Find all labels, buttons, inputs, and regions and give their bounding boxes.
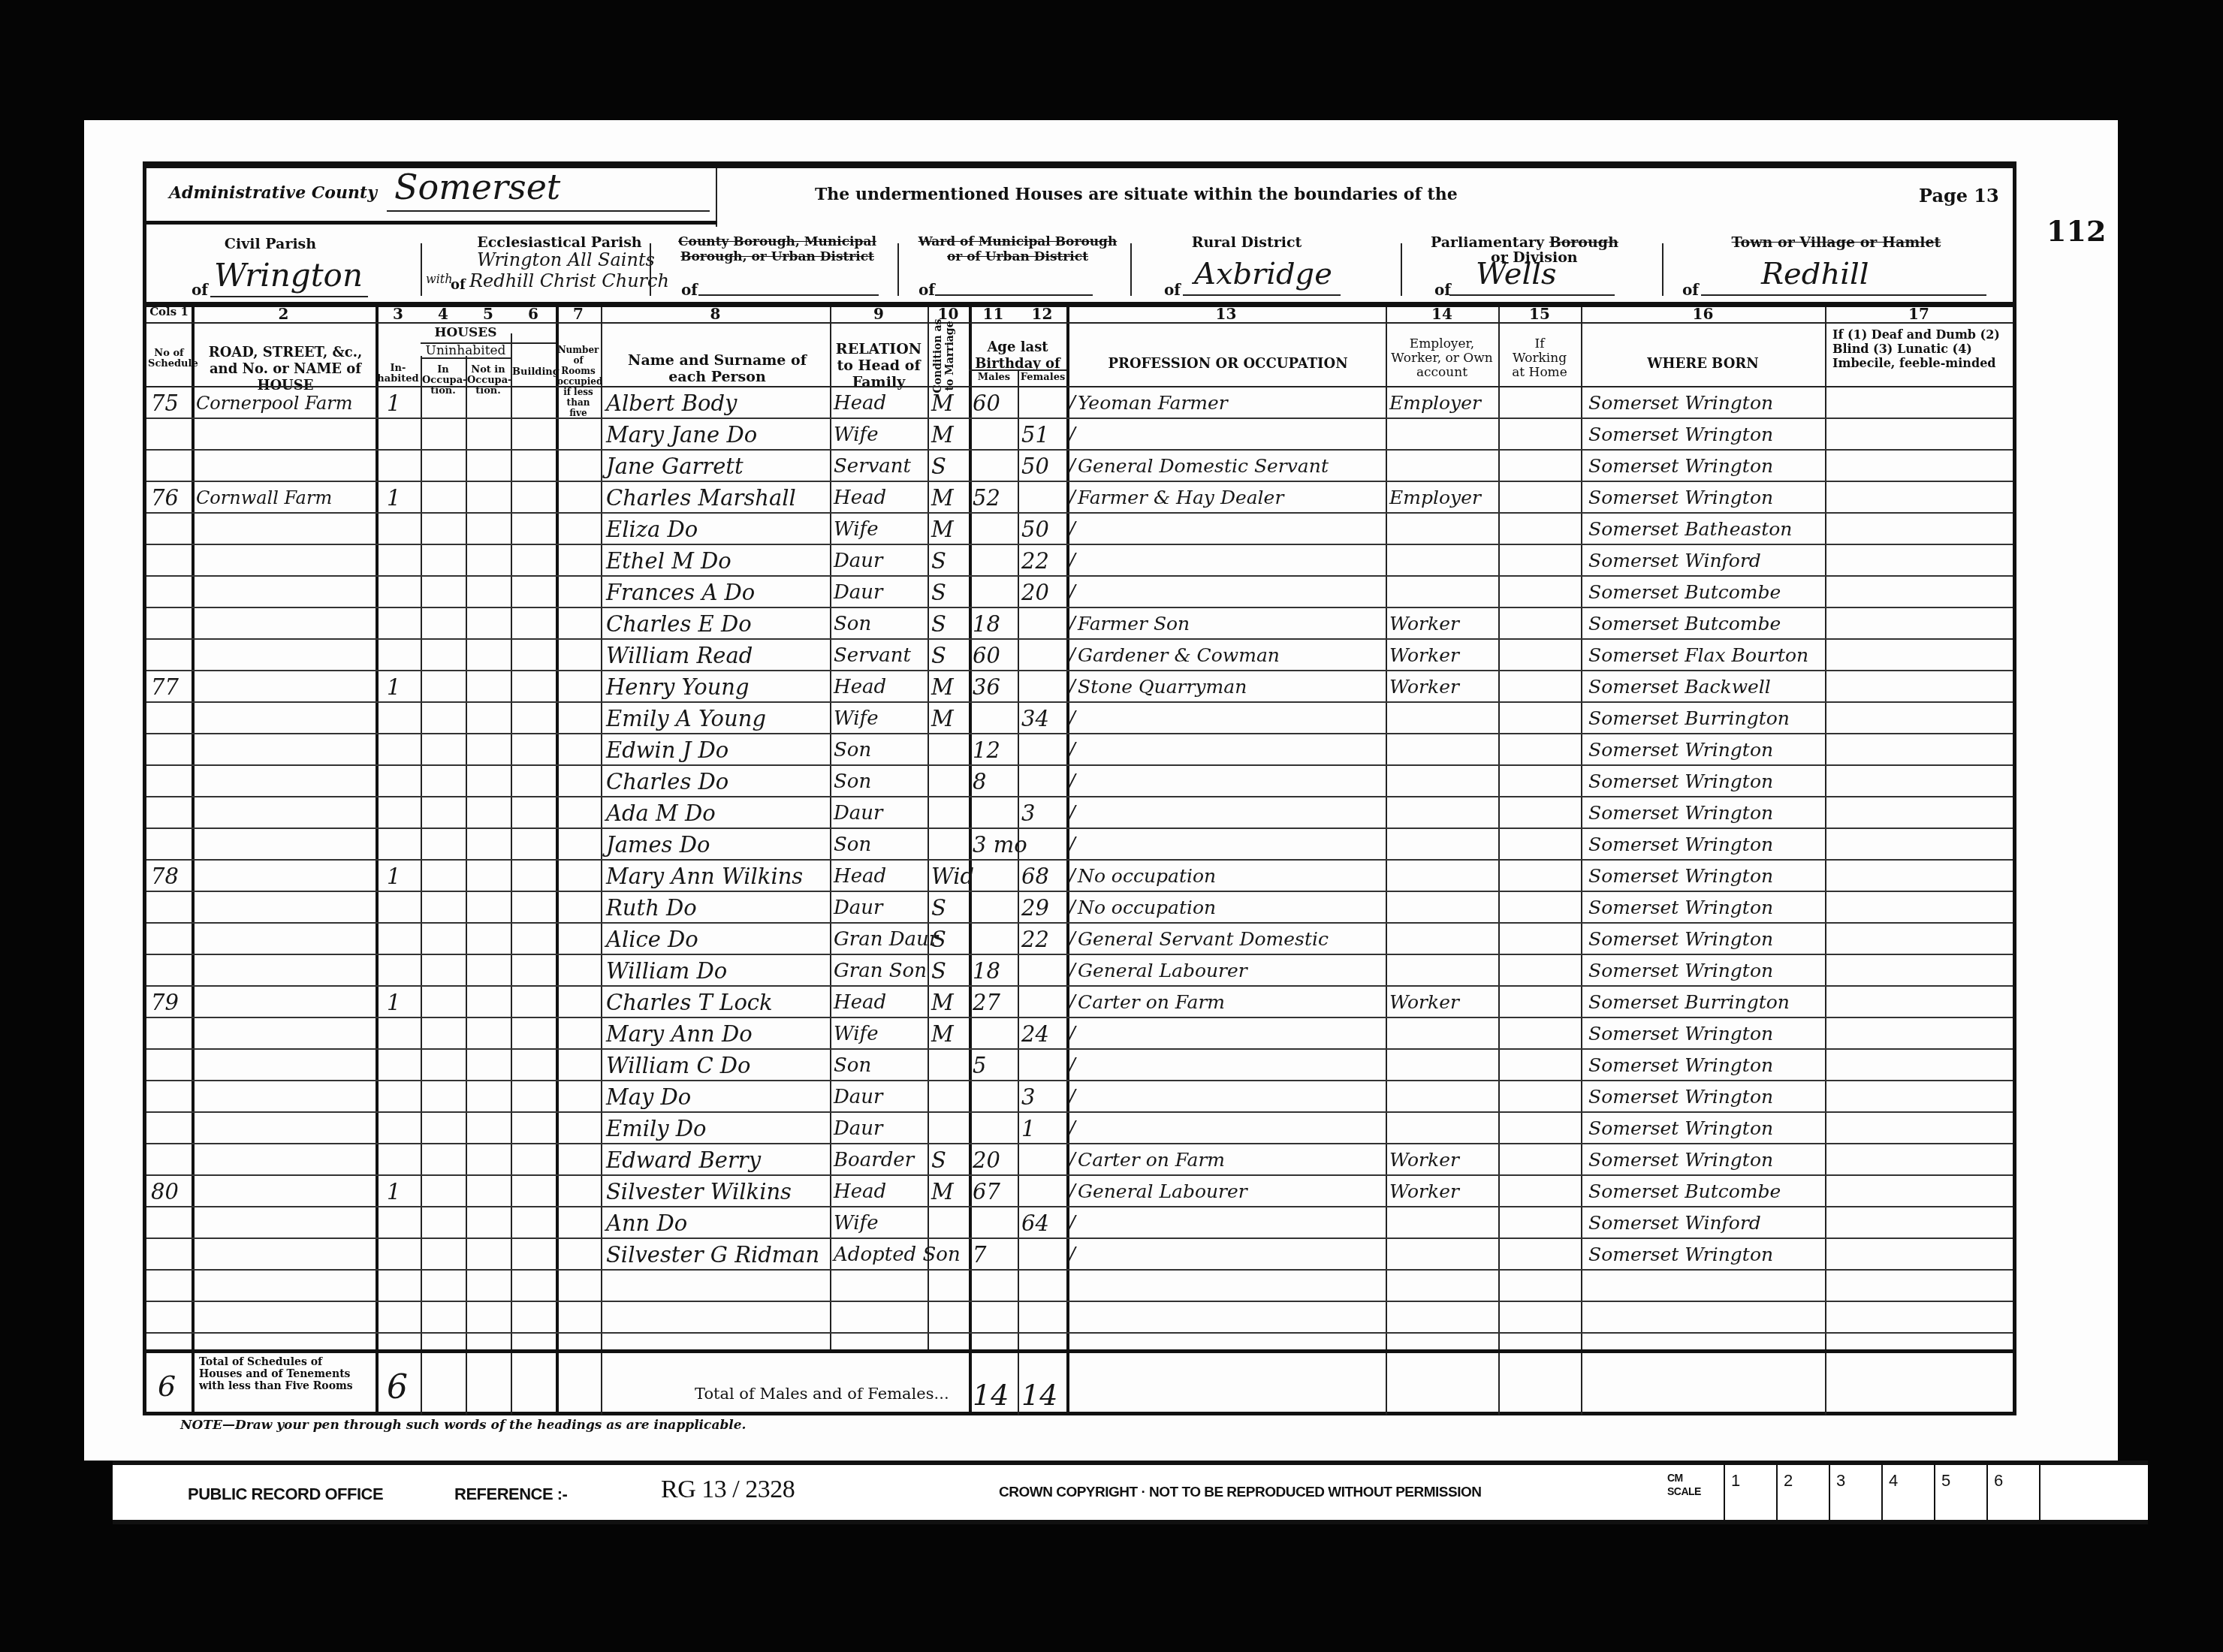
cell-name: Eliza Do [606, 516, 828, 543]
cell-occupation: General Labourer [1078, 1178, 1386, 1205]
cell-born: Somerset Wrington [1588, 453, 1825, 480]
cell-condition: S [931, 547, 967, 574]
cell-condition: M [931, 390, 967, 417]
cell-born: Somerset Wrington [1588, 1147, 1825, 1174]
cell-born: Somerset Butcombe [1588, 579, 1825, 606]
cell-name: William C Do [606, 1052, 828, 1079]
cell-occupation: Gardener & Cowman [1078, 642, 1386, 669]
cell-occupation: General Servant Domestic [1078, 926, 1386, 953]
row-divider [146, 796, 2013, 797]
cell-age-m: 36 [973, 674, 1018, 701]
county-borough-label: County Borough, Municipal Borough, or Ur… [665, 234, 890, 264]
cell-relation: Head [834, 863, 925, 890]
tally-tick-icon: / [1069, 610, 1075, 638]
cm-scale-mark: 1 [1724, 1465, 1776, 1520]
cell-condition: M [931, 1020, 967, 1048]
eccl-parish-value-2: Redhill Christ Church [469, 270, 669, 291]
cell-born: Somerset Wrington [1588, 800, 1825, 827]
parliamentary-label: Parliamentary Borough [1431, 234, 1618, 251]
civil-parish-value: Wrington [214, 257, 363, 294]
row-divider [146, 481, 2013, 482]
row-divider [146, 828, 2013, 829]
cm-scale-mark: 5 [1934, 1465, 1986, 1520]
note-text: NOTE—Draw your pen through such words of… [180, 1418, 747, 1433]
cell-name: Mary Ann Wilkins [606, 863, 828, 890]
cell-born: Somerset Wrington [1588, 1052, 1825, 1079]
cell-born: Somerset Wrington [1588, 390, 1825, 417]
footer-reference-value: RG 13 / 2328 [661, 1476, 795, 1504]
total-schedules-label: Total of Schedules of Houses and of Tene… [199, 1356, 368, 1392]
cell-age-f: 20 [1021, 579, 1066, 606]
cell-relation: Son [834, 768, 925, 795]
row-divider [146, 1143, 2013, 1144]
row-divider [146, 891, 2013, 892]
tally-tick-icon: / [1069, 516, 1075, 543]
cell-name: Silvester Wilkins [606, 1178, 828, 1205]
col-working-home-header: If Working at Home [1506, 337, 1573, 380]
row-divider [146, 575, 2013, 577]
cell-occupation: Carter on Farm [1078, 989, 1386, 1016]
cell-born: Somerset Wrington [1588, 484, 1825, 511]
cell-age-f: 50 [1021, 516, 1066, 543]
cell-age-f: 29 [1021, 894, 1066, 921]
cell-age-m: 67 [973, 1178, 1018, 1205]
cell-born: Somerset Batheaston [1588, 516, 1825, 543]
row-divider [146, 449, 2013, 451]
cell-condition: M [931, 421, 967, 448]
cell-age-f: 22 [1021, 926, 1066, 953]
col-where-born-header: WHERE BORN [1585, 356, 1821, 372]
footer-office: PUBLIC RECORD OFFICE [188, 1485, 383, 1504]
cell-house: Cornerpool Farm [196, 390, 373, 417]
cell-born: Somerset Butcombe [1588, 610, 1825, 638]
cell-born: Somerset Butcombe [1588, 1178, 1825, 1205]
row-divider [146, 1048, 2013, 1050]
cell-relation: Wife [834, 1020, 925, 1048]
cell-relation: Wife [834, 705, 925, 732]
tally-tick-icon: / [1069, 863, 1075, 890]
cell-condition: M [931, 674, 967, 701]
row-divider [146, 1111, 2013, 1113]
tally-tick-icon: / [1069, 989, 1075, 1016]
cell-relation: Wife [834, 421, 925, 448]
tally-tick-icon: / [1069, 705, 1075, 732]
col-in-occupation-header: In Occupa-tion. [422, 365, 464, 396]
footer-reference-label: REFERENCE :- [454, 1485, 567, 1504]
cell-relation: Daur [834, 1115, 925, 1142]
cell-employer: Employer [1389, 484, 1498, 511]
tally-tick-icon: / [1069, 421, 1075, 448]
cell-name: James Do [606, 831, 828, 858]
ward-label: Ward of Municipal Borough or of Urban Di… [916, 234, 1119, 264]
page-label: Page 13 [1919, 185, 1999, 206]
cell-employer: Worker [1389, 1178, 1498, 1205]
cell-born: Somerset Winford [1588, 547, 1825, 574]
cell-occupation: No occupation [1078, 863, 1386, 890]
tally-tick-icon: / [1069, 831, 1075, 858]
cell-age-f: 24 [1021, 1020, 1066, 1048]
col-condition-header: Condition as to Marriage [932, 318, 956, 393]
row-divider [146, 1269, 2013, 1271]
col-building-header: Building [512, 367, 554, 378]
tally-tick-icon: / [1069, 1052, 1075, 1079]
tally-tick-icon: / [1069, 1241, 1075, 1268]
cell-born: Somerset Burrington [1588, 705, 1825, 732]
cell-inhabited: 1 [387, 1178, 417, 1205]
cell-condition: S [931, 1147, 967, 1174]
cell-born: Somerset Wrington [1588, 1115, 1825, 1142]
row-divider [146, 512, 2013, 514]
col-males-header: Males [970, 372, 1018, 383]
tally-tick-icon: / [1069, 484, 1075, 511]
cell-born: Somerset Wrington [1588, 831, 1825, 858]
eccl-parish-value-1: Wrington All Saints [477, 249, 655, 270]
cell-employer: Worker [1389, 642, 1498, 669]
footer-copyright: CROWN COPYRIGHT · NOT TO BE REPRODUCED W… [999, 1485, 1482, 1501]
tally-tick-icon: / [1069, 926, 1075, 953]
row-divider [146, 1301, 2013, 1302]
col-schedule-header: No of Schedule [148, 348, 190, 369]
cell-age-f: 68 [1021, 863, 1066, 890]
col-employer-header: Employer, Worker, or Own account [1389, 337, 1495, 380]
tally-tick-icon: / [1069, 1115, 1075, 1142]
cell-relation: Adopted Son [834, 1241, 925, 1268]
tally-tick-icon: / [1069, 768, 1075, 795]
cell-age-m: 18 [973, 610, 1018, 638]
cell-name: Jane Garrett [606, 453, 828, 480]
cell-age-f: 3 [1021, 800, 1066, 827]
cell-relation: Servant [834, 453, 925, 480]
cell-born: Somerset Wrington [1588, 863, 1825, 890]
cell-employer: Worker [1389, 674, 1498, 701]
cell-relation: Gran Daur [834, 926, 925, 953]
cell-employer: Worker [1389, 1147, 1498, 1174]
cell-age-f: 51 [1021, 421, 1066, 448]
cell-occupation: Stone Quarryman [1078, 674, 1386, 701]
row-divider [146, 701, 2013, 703]
row-divider [146, 859, 2013, 861]
tally-tick-icon: / [1069, 1020, 1075, 1048]
cell-employer: Employer [1389, 390, 1498, 417]
tally-tick-icon: / [1069, 453, 1075, 480]
tally-tick-icon: / [1069, 737, 1075, 764]
col-inhabited-header: In-habited [377, 363, 419, 384]
tally-tick-icon: / [1069, 642, 1075, 669]
cell-age-f: 22 [1021, 547, 1066, 574]
cell-born: Somerset Wrington [1588, 894, 1825, 921]
cell-age-f: 1 [1021, 1115, 1066, 1142]
cell-name: Emily A Young [606, 705, 828, 732]
cell-age-f: 34 [1021, 705, 1066, 732]
col-age-header: Age last Birthday of [973, 339, 1063, 372]
cell-condition: S [931, 926, 967, 953]
cell-name: Ruth Do [606, 894, 828, 921]
cell-age-f: 50 [1021, 453, 1066, 480]
row-divider [146, 544, 2013, 545]
row-divider [146, 607, 2013, 608]
admin-county-value: Somerset [394, 167, 560, 207]
cell-born: Somerset Wrington [1588, 768, 1825, 795]
cell-occupation: Farmer Son [1078, 610, 1386, 638]
cell-name: Edward Berry [606, 1147, 828, 1174]
cell-name: William Do [606, 957, 828, 984]
boundaries-intro-text: The undermentioned Houses are situate wi… [815, 185, 1458, 204]
census-form: Administrative County Somerset The under… [143, 161, 2016, 1415]
cell-name: Silvester G Ridman [606, 1241, 828, 1268]
cell-name: Albert Body [606, 390, 828, 417]
cell-relation: Servant [834, 642, 925, 669]
cell-relation: Head [834, 390, 925, 417]
cell-name: Charles T Lock [606, 989, 828, 1016]
tally-tick-icon: / [1069, 1210, 1075, 1237]
total-schedules-value: 6 [158, 1370, 176, 1403]
cell-condition: S [931, 453, 967, 480]
cell-name: Charles E Do [606, 610, 828, 638]
cell-age-m: 12 [973, 737, 1018, 764]
cell-condition: M [931, 989, 967, 1016]
tally-tick-icon: / [1069, 674, 1075, 701]
town-value: Redhill [1761, 257, 1869, 291]
cell-condition: S [931, 610, 967, 638]
cell-relation: Daur [834, 1084, 925, 1111]
cell-relation: Son [834, 737, 925, 764]
town-label: Town or Village or Hamlet [1679, 234, 1994, 251]
tally-tick-icon: / [1069, 894, 1075, 921]
cell-name: Frances A Do [606, 579, 828, 606]
cell-name: Ada M Do [606, 800, 828, 827]
col-occupation-header: PROFESSION OR OCCUPATION [1078, 356, 1378, 372]
row-divider [146, 733, 2013, 734]
cell-born: Somerset Wrington [1588, 421, 1825, 448]
cell-relation: Head [834, 1178, 925, 1205]
cell-employer: Worker [1389, 989, 1498, 1016]
tally-tick-icon: / [1069, 1084, 1075, 1111]
cell-condition: M [931, 1178, 967, 1205]
tally-tick-icon: / [1069, 1178, 1075, 1205]
cell-condition: M [931, 484, 967, 511]
cell-relation: Daur [834, 547, 925, 574]
cell-age-m: 8 [973, 768, 1018, 795]
row-divider [146, 1237, 2013, 1239]
cell-relation: Boarder [834, 1147, 925, 1174]
col-not-in-occupation-header: Not in Occupa-tion. [467, 365, 509, 396]
cell-schedule: 80 [151, 1178, 192, 1205]
cell-occupation: General Domestic Servant [1078, 453, 1386, 480]
cell-born: Somerset Wrington [1588, 926, 1825, 953]
cell-age-m: 52 [973, 484, 1018, 511]
cell-age-m: 7 [973, 1241, 1018, 1268]
cell-relation: Gran Son [834, 957, 925, 984]
row-divider [146, 1332, 2013, 1334]
cell-born: Somerset Backwell [1588, 674, 1825, 701]
cell-condition: S [931, 642, 967, 669]
cell-name: Alice Do [606, 926, 828, 953]
cell-age-m: 60 [973, 390, 1018, 417]
cell-name: Edwin J Do [606, 737, 828, 764]
row-divider [146, 985, 2013, 987]
cell-inhabited: 1 [387, 674, 417, 701]
cell-age-m: 3 mo [973, 831, 1018, 858]
cell-age-f: 3 [1021, 1084, 1066, 1111]
cell-name: William Read [606, 642, 828, 669]
cell-born: Somerset Wrington [1588, 1020, 1825, 1048]
civil-parish-label: Civil Parish [214, 236, 327, 252]
cell-name: Henry Young [606, 674, 828, 701]
cell-name: Charles Marshall [606, 484, 828, 511]
cell-relation: Daur [834, 579, 925, 606]
cell-relation: Head [834, 989, 925, 1016]
row-divider [146, 954, 2013, 955]
cell-relation: Wife [834, 516, 925, 543]
col-rooms-header: Number of Rooms occupied if less than fi… [557, 345, 599, 418]
archive-footer: PUBLIC RECORD OFFICE REFERENCE :- RG 13 … [113, 1461, 2148, 1524]
cell-born: Somerset Wrington [1588, 737, 1825, 764]
cell-born: Somerset Wrington [1588, 1241, 1825, 1268]
cell-age-m: 20 [973, 1147, 1018, 1174]
tally-tick-icon: / [1069, 800, 1075, 827]
cell-occupation: General Labourer [1078, 957, 1386, 984]
cell-relation: Daur [834, 800, 925, 827]
cell-name: Mary Ann Do [606, 1020, 828, 1048]
total-females-value: 14 [1021, 1379, 1057, 1412]
eccl-parish-label: Ecclesiastical Parish [462, 234, 657, 251]
row-divider [146, 1017, 2013, 1018]
admin-county-label: Administrative County [169, 183, 377, 203]
cell-relation: Wife [834, 1210, 925, 1237]
row-divider [146, 922, 2013, 924]
cell-condition: M [931, 516, 967, 543]
cell-condition: Wid [931, 863, 967, 890]
cell-age-m: 60 [973, 642, 1018, 669]
cell-schedule: 75 [151, 390, 192, 417]
cm-scale-mark: 2 [1776, 1465, 1829, 1520]
col-name-header: Name and Surname of each Person [627, 352, 807, 385]
cell-name: Emily Do [606, 1115, 828, 1142]
rural-district-value: Axbridge [1194, 257, 1332, 291]
cell-relation: Head [834, 674, 925, 701]
tally-tick-icon: / [1069, 547, 1075, 574]
tally-tick-icon: / [1069, 1147, 1075, 1174]
row-divider [146, 670, 2013, 671]
footer-scale-label: CM SCALE [1667, 1471, 1697, 1498]
cell-inhabited: 1 [387, 390, 417, 417]
cell-born: Somerset Winford [1588, 1210, 1825, 1237]
cell-occupation: No occupation [1078, 894, 1386, 921]
row-divider [146, 1206, 2013, 1207]
cell-schedule: 78 [151, 863, 192, 890]
cell-name: May Do [606, 1084, 828, 1111]
cell-relation: Son [834, 831, 925, 858]
cell-born: Somerset Wrington [1588, 957, 1825, 984]
cell-age-m: 27 [973, 989, 1018, 1016]
col-females-header: Females [1019, 372, 1066, 383]
col-relation-header: RELATION to Head of Family [834, 341, 924, 390]
cell-name: Ann Do [606, 1210, 828, 1237]
cell-schedule: 77 [151, 674, 192, 701]
cell-condition: M [931, 705, 967, 732]
cell-occupation: Farmer & Hay Dealer [1078, 484, 1386, 511]
row-divider [146, 764, 2013, 766]
total-persons-label: Total of Males and of Females... [695, 1385, 949, 1403]
row-divider [146, 1174, 2013, 1176]
total-males-value: 14 [973, 1379, 1009, 1412]
cell-name: Charles Do [606, 768, 828, 795]
cell-relation: Head [834, 484, 925, 511]
cell-relation: Son [834, 610, 925, 638]
houses-header: HOUSES [421, 324, 511, 341]
row-divider [146, 418, 2013, 419]
parliamentary-value: Wells [1476, 257, 1557, 291]
cell-name: Ethel M Do [606, 547, 828, 574]
cell-condition: S [931, 579, 967, 606]
cm-scale-mark: 4 [1881, 1465, 1934, 1520]
cell-employer: Worker [1389, 610, 1498, 638]
row-divider [146, 1080, 2013, 1081]
cell-born: Somerset Burrington [1588, 989, 1825, 1016]
cell-house: Cornwall Farm [196, 484, 373, 511]
cm-scale-end [2039, 1465, 2137, 1520]
rural-district-label: Rural District [1164, 234, 1329, 251]
cell-occupation: Carter on Farm [1078, 1147, 1386, 1174]
cell-born: Somerset Wrington [1588, 1084, 1825, 1111]
cell-inhabited: 1 [387, 484, 417, 511]
cell-condition: S [931, 957, 967, 984]
cell-relation: Daur [834, 894, 925, 921]
tally-tick-icon: / [1069, 579, 1075, 606]
cell-condition: S [931, 894, 967, 921]
total-houses-value: 6 [387, 1368, 408, 1406]
cell-age-m: 18 [973, 957, 1018, 984]
tally-tick-icon: / [1069, 390, 1075, 417]
row-divider [146, 638, 2013, 640]
cell-occupation: Yeoman Farmer [1078, 390, 1386, 417]
cell-age-m: 5 [973, 1052, 1018, 1079]
cell-born: Somerset Flax Bourton [1588, 642, 1825, 669]
cell-name: Mary Jane Do [606, 421, 828, 448]
cm-scale-mark: 6 [1986, 1465, 2039, 1520]
folio-number: 112 [2047, 214, 2106, 248]
cell-inhabited: 1 [387, 989, 417, 1016]
cm-scale-mark: 3 [1829, 1465, 1881, 1520]
cell-age-f: 64 [1021, 1210, 1066, 1237]
cell-relation: Son [834, 1052, 925, 1079]
cell-schedule: 76 [151, 484, 192, 511]
col-infirmity-header: If (1) Deaf and Dumb (2) Blind (3) Lunat… [1832, 327, 2005, 370]
tally-tick-icon: / [1069, 957, 1075, 984]
cell-schedule: 79 [151, 989, 192, 1016]
cell-inhabited: 1 [387, 863, 417, 890]
